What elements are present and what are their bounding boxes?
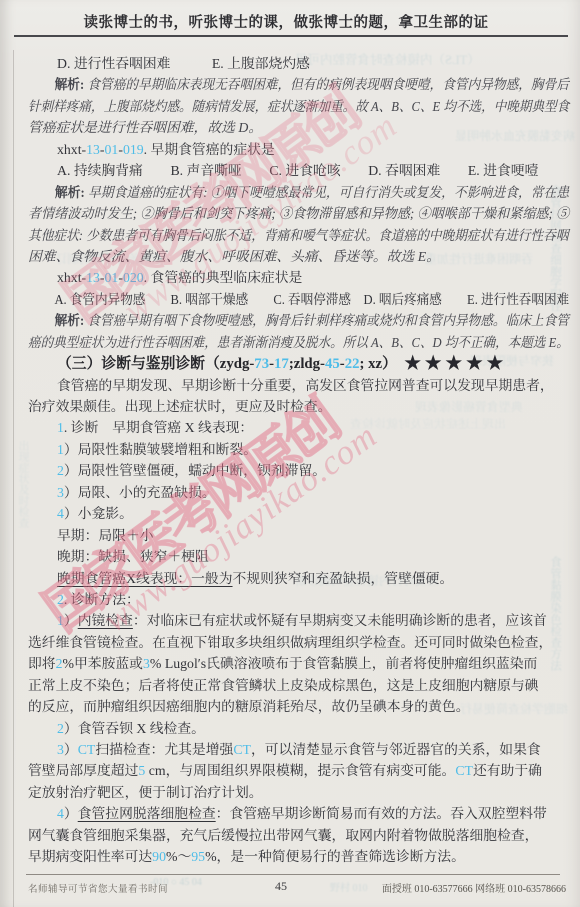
text-line: 食管癌的早期发现、早期诊断十分重要，高发区食管拉网普查可以发现早期患者， bbox=[28, 375, 569, 396]
text-line: 2）食管吞钡 X 线检查。 bbox=[28, 718, 569, 739]
text-segment: . 诊断 早期食管癌 X 线表现： bbox=[64, 420, 253, 435]
text-segment: 解析: bbox=[55, 313, 88, 328]
text-segment: 01 bbox=[105, 142, 119, 157]
text-segment: （三）诊断与鉴别诊断（zydg- bbox=[57, 356, 254, 372]
text-segment: 22 bbox=[345, 356, 360, 372]
text-line: xhxt-13-01-020. 食管癌的典型临床症状是 bbox=[28, 267, 569, 288]
text-segment: 食管癌早期有咽下食物哽噎感，胸骨后针刺样疼痛或烧灼和食管内异物感。临床上食管 bbox=[87, 313, 569, 328]
text-line: 解析: 食管癌的早期临床表现无吞咽困难，但有的病例表现咽食哽噎，食管内异物感，胸… bbox=[28, 74, 525, 95]
text-line: 晚期食管癌X线表现：一般为不规则狭窄和充盈缺损，管壁僵硬。 bbox=[28, 568, 569, 589]
text-segment: 020 bbox=[123, 270, 144, 285]
text-segment: 正常上皮不染色；后者将使正常食管鳞状上皮染成棕黑色，这是上皮细胞内糖原与碘 bbox=[28, 678, 538, 693]
text-segment: 13 bbox=[86, 270, 100, 285]
text-segment: ; xz） bbox=[360, 356, 405, 372]
text-segment: ） bbox=[64, 742, 78, 757]
text-segment: ：对临床已有症状或怀疑有早期病变又未能明确诊断的患者，应该首 bbox=[133, 613, 547, 628]
text-segment: %甲苯胺蓝或 bbox=[63, 656, 143, 671]
text-segment: 1 bbox=[57, 613, 64, 628]
text-line: 治疗效果颇佳。出现上述症状时，更应及时检查。 bbox=[28, 396, 569, 417]
text-segment: CT bbox=[233, 742, 251, 757]
text-segment: 早期：局限＋小 bbox=[57, 528, 154, 543]
text-segment: 食管癌的早期临床表现无吞咽困难，但有的病例表现咽食哽噎，食管内异物感，胸骨后 bbox=[87, 77, 569, 92]
text-line: 晚期：缺损、狭窄＋梗阻 bbox=[28, 546, 569, 567]
text-segment: 的反应，而肿瘤组织因癌细胞内的糖原消耗殆尽，故仍呈碘本身的黄色。 bbox=[28, 699, 470, 714]
text-segment: 晚期：缺损、狭窄＋梗阻 bbox=[57, 549, 209, 564]
text-line: A. 食管内异物感 B. 咽部干燥感 C. 吞咽停滞感 D. 咽后疼痛感 E. … bbox=[28, 289, 522, 310]
text-segment: ）食管吞钡 X 线检查。 bbox=[64, 721, 205, 736]
text-line: A. 持续胸背痛 B. 声音嘶哑 C. 进食呛咳 D. 吞咽困难 E. 进食哽噎 bbox=[28, 160, 569, 181]
text-segment: 食管拉网脱落细胞检查 bbox=[78, 806, 216, 821]
text-segment: 17 bbox=[274, 356, 289, 372]
text-line: 4）食管拉网脱落细胞检查：食管癌早期诊断简易而有效的方法。吞入双腔塑料带 bbox=[28, 803, 569, 824]
text-line: xhxt-13-01-019. 早期食管癌的症状是 bbox=[28, 139, 569, 160]
text-segment: D. 进行性吞咽困难 E. 上腹部烧灼感 bbox=[57, 56, 310, 71]
text-line: 管壁局部厚度超过5 cm，与周围组织界限模糊，提示食管有病变可能。CT还有助于确 bbox=[28, 760, 569, 781]
text-segment: xhxt- bbox=[57, 270, 86, 285]
text-segment: 困难、食物反流、黄疸、腹水、呼吸困难、头痛、昏迷等。故选 E。 bbox=[28, 249, 440, 264]
text-segment: 3 bbox=[57, 485, 64, 500]
text-segment: ）小龛影。 bbox=[64, 506, 133, 521]
text-line: 者情绪波动时发生; ②胸骨后和剑突下疼痛; ③食物滞留感和异物感; ④咽喉部干燥… bbox=[28, 203, 541, 224]
text-segment: 癌的典型症状为进行性吞咽困难，患者渐渐消瘦及脱水。所以 A、B、C、D 均不正确… bbox=[28, 335, 569, 350]
text-segment: 不规则狭窄和充盈缺损，管壁僵硬。 bbox=[233, 571, 454, 586]
footer-contact-text: 面授班 010-63577666 网络班 010-63578666 bbox=[382, 880, 566, 895]
text-segment: 2 bbox=[57, 592, 64, 607]
text-line: 选纤维食管镜检查。在直视下钳取多块组织做病理组织学检查。还可同时做染色检查， bbox=[28, 632, 569, 653]
text-segment: 2 bbox=[57, 463, 64, 478]
text-line: 管癌症状是进行性吞咽困难，故选 D。 bbox=[28, 117, 569, 138]
text-segment: ★★★★★ bbox=[404, 354, 507, 374]
text-line: 2）局限性管壁僵硬，蠕动中断，钡剂滞留。 bbox=[28, 460, 569, 481]
text-line: 4）小龛影。 bbox=[28, 503, 569, 524]
scanned-page: （TLS）内镜检查时食管腔内可见病变黏膜充血水肿明显吞咽困难进行性加重食管拉网检… bbox=[0, 0, 580, 907]
text-line: 其他症状: 少数患者可有胸骨后闷胀不适，背痛和嗳气等症状。食道癌的中晚期症状有进… bbox=[28, 225, 526, 246]
text-segment: CT bbox=[78, 742, 96, 757]
text-segment: 3 bbox=[143, 656, 150, 671]
content-lines: D. 进行性吞咽困难 E. 上腹部烧灼感解析: 食管癌的早期临床表现无吞咽困难，… bbox=[28, 53, 569, 868]
text-segment: . 诊断方法： bbox=[64, 592, 140, 607]
text-segment: A. 食管内异物感 B. 咽部干燥感 C. 吞咽停滞感 D. 咽后疼痛感 E. … bbox=[54, 292, 569, 307]
text-segment: cm，与周围组织界限模糊，提示食管有病变可能。 bbox=[145, 763, 455, 778]
text-segment: ） bbox=[64, 613, 78, 628]
text-segment: 01 bbox=[105, 270, 119, 285]
text-segment: 选纤维食管镜检查。在直视下钳取多块组织做病理组织学检查。还可同时做染色检查， bbox=[28, 635, 552, 650]
text-line: 即将2%甲苯胺蓝或3% Lugol′s氏碘溶液喷布于食管黏膜上，前者将使肿瘤组织… bbox=[28, 653, 569, 674]
text-segment: ：食管癌早期诊断简易而有效的方法。吞入双腔塑料带 bbox=[216, 806, 547, 821]
text-line: 早期：局限＋小 bbox=[28, 525, 569, 546]
text-segment: 1 bbox=[57, 442, 64, 457]
text-segment: 解析: bbox=[55, 77, 88, 92]
text-segment: %～ bbox=[166, 849, 191, 864]
text-line: 1）局限性黏膜皱襞增粗和断裂。 bbox=[28, 439, 569, 460]
text-line: 的反应，而肿瘤组织因癌细胞内的糖原消耗殆尽，故仍呈碘本身的黄色。 bbox=[28, 696, 569, 717]
page-number: 45 bbox=[275, 879, 287, 894]
text-segment: 针刺样疼痛，上腹部烧灼感。随病情发展，症状逐渐加重。故 A、B、C、E 均不选，… bbox=[28, 99, 569, 114]
text-segment: ;zldg- bbox=[289, 356, 325, 372]
text-segment: 网气囊食管细胞采集器，充气后缓慢拉出带网气囊，取网内附着物做脱落细胞检查， bbox=[28, 828, 538, 843]
text-line: 3）局限、小的充盈缺损。 bbox=[28, 482, 569, 503]
text-segment: 食管癌的早期发现、早期诊断十分重要，高发区食管拉网普查可以发现早期患者， bbox=[57, 378, 554, 393]
text-segment: 1 bbox=[57, 420, 64, 435]
text-segment: 73 bbox=[254, 356, 269, 372]
text-segment: 晚期食管癌X线表现：一般为 bbox=[57, 571, 233, 586]
text-line: 解析: 早期食道癌的症状有: ①咽下哽噎感最常见，可自行消失或复发，不影响进食，… bbox=[28, 182, 530, 203]
footer: 名师辅导可节省您大量看书时间 45 面授班 010-63577666 网络班 0… bbox=[28, 879, 566, 897]
text-segment: ，可以清楚显示食管与邻近器官的关系，如果食 bbox=[251, 742, 541, 757]
text-segment: 解析: bbox=[55, 185, 88, 200]
text-segment: 019 bbox=[123, 142, 144, 157]
text-line: 定放射治疗靶区，便于制订治疗计划。 bbox=[28, 782, 569, 803]
text-segment: 2 bbox=[56, 656, 63, 671]
text-segment: ） bbox=[64, 806, 78, 821]
text-segment: ）局限性管壁僵硬，蠕动中断，钡剂滞留。 bbox=[64, 463, 326, 478]
text-segment: 管壁局部厚度超过 bbox=[28, 763, 138, 778]
text-segment: ）局限性黏膜皱襞增粗和断裂。 bbox=[64, 442, 257, 457]
text-segment: 45 bbox=[325, 356, 340, 372]
text-line: 针刺样疼痛，上腹部烧灼感。随病情发展，症状逐渐加重。故 A、B、C、E 均不选，… bbox=[28, 96, 522, 117]
footer-rule bbox=[26, 874, 560, 875]
text-segment: 90 bbox=[152, 849, 166, 864]
text-segment: % Lugol′s氏碘溶液喷布于食管黏膜上，前者将使肿瘤组织蓝染而 bbox=[150, 656, 537, 671]
text-segment: 扫描检查：尤其是增强 bbox=[95, 742, 233, 757]
text-line: D. 进行性吞咽困难 E. 上腹部烧灼感 bbox=[28, 53, 569, 74]
text-segment: 内镜检查 bbox=[78, 613, 133, 628]
text-segment: 3 bbox=[57, 742, 64, 757]
text-segment: 其他症状: 少数患者可有胸骨后闷胀不适，背痛和嗳气等症状。食道癌的中晚期症状有进… bbox=[28, 228, 569, 243]
text-segment: 95 bbox=[191, 849, 205, 864]
text-line: 1. 诊断 早期食管癌 X 线表现： bbox=[28, 417, 569, 438]
footer-left-text: 名师辅导可节省您大量看书时间 bbox=[28, 881, 168, 895]
text-segment: . 食管癌的典型临床症状是 bbox=[144, 270, 303, 285]
text-segment: ）局限、小的充盈缺损。 bbox=[64, 485, 216, 500]
text-segment: 即将 bbox=[28, 656, 56, 671]
text-segment: 4 bbox=[57, 506, 64, 521]
text-segment: 早期食道癌的症状有: ①咽下哽噎感最常见，可自行消失或复发，不影响进食，常在患 bbox=[88, 185, 569, 200]
text-segment: %，是一种简便易行的普查筛选诊断方法。 bbox=[205, 849, 465, 864]
text-segment: 4 bbox=[57, 806, 64, 821]
text-segment: A. 持续胸背痛 B. 声音嘶哑 C. 进食呛咳 D. 吞咽困难 E. 进食哽噎 bbox=[57, 163, 538, 178]
text-line: 癌的典型症状为进行性吞咽困难，患者渐渐消瘦及脱水。所以 A、B、C、D 均不正确… bbox=[28, 332, 522, 353]
text-line: 3）CT扫描检查：尤其是增强CT，可以清楚显示食管与邻近器官的关系，如果食 bbox=[28, 739, 569, 760]
text-segment: xhxt- bbox=[57, 142, 86, 157]
text-line: 2. 诊断方法： bbox=[28, 589, 569, 610]
text-segment: CT bbox=[455, 763, 473, 778]
text-segment: 定放射治疗靶区，便于制订治疗计划。 bbox=[28, 785, 263, 800]
text-segment: 早期病变阳性率可达 bbox=[28, 849, 152, 864]
text-line: 早期病变阳性率可达90%～95%，是一种简便易行的普查筛选诊断方法。 bbox=[28, 846, 569, 867]
text-line: 1）内镜检查：对临床已有症状或怀疑有早期病变又未能明确诊断的患者，应该首 bbox=[28, 610, 569, 631]
text-segment: 治疗效果颇佳。出现上述症状时，更应及时检查。 bbox=[28, 399, 332, 414]
text-line: 解析: 食管癌早期有咽下食物哽噎感，胸骨后针刺样疼痛或烧灼和食管内异物感。临床上… bbox=[28, 310, 525, 331]
text-segment: 者情绪波动时发生; ②胸骨后和剑突下疼痛; ③食物滞留感和异物感; ④咽喉部干燥… bbox=[28, 206, 569, 221]
text-segment: 2 bbox=[57, 721, 64, 736]
text-segment: 还有助于确 bbox=[473, 763, 542, 778]
text-line: 网气囊食管细胞采集器，充气后缓慢拉出带网气囊，取网内附着物做脱落细胞检查， bbox=[28, 825, 569, 846]
text-segment: 管癌症状是进行性吞咽困难，故选 D。 bbox=[28, 120, 262, 135]
text-line: 正常上皮不染色；后者将使正常食管鳞状上皮染成棕黑色，这是上皮细胞内糖原与碘 bbox=[28, 675, 569, 696]
text-line: 困难、食物反流、黄疸、腹水、呼吸困难、头痛、昏迷等。故选 E。 bbox=[28, 246, 569, 267]
text-segment: 13 bbox=[86, 142, 100, 157]
text-segment: . 早期食管癌的症状是 bbox=[144, 142, 275, 157]
text-line: （三）诊断与鉴别诊断（zydg-73-17;zldg-45-22; xz） ★★… bbox=[28, 353, 569, 374]
